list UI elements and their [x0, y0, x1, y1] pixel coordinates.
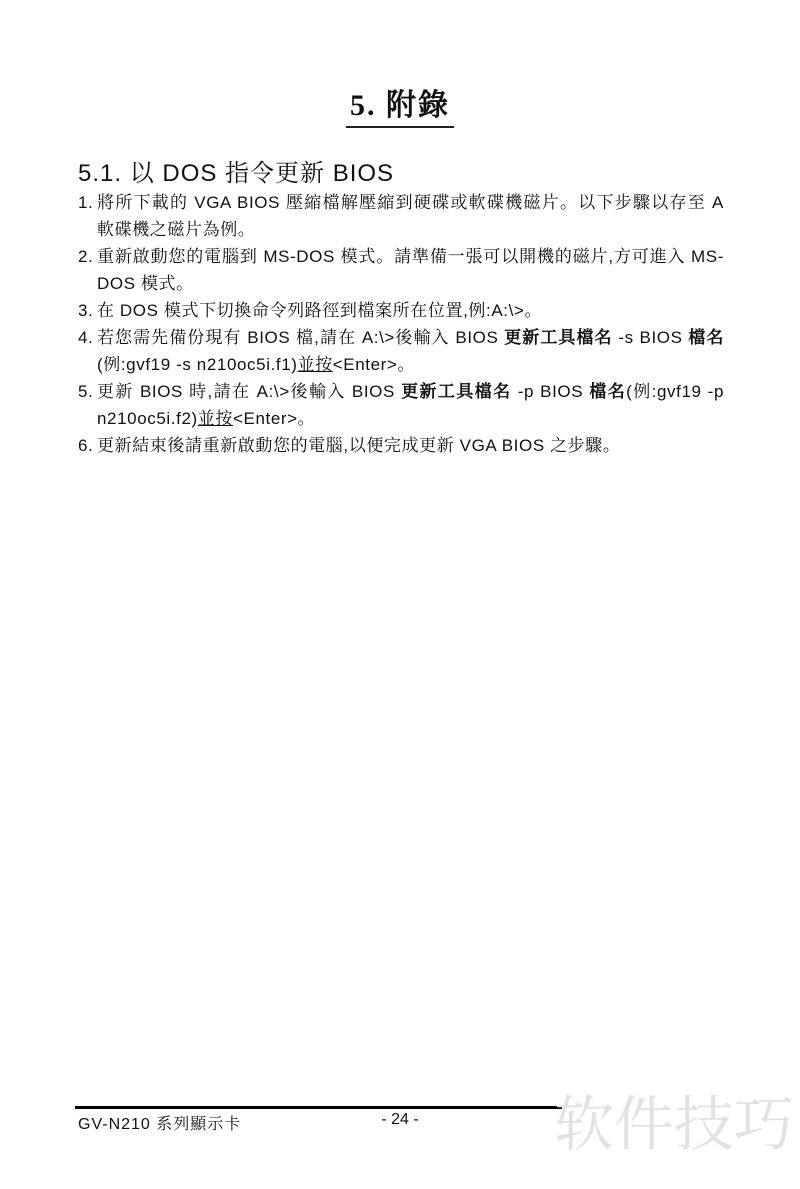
step-text-segment: -p BIOS: [512, 382, 590, 401]
step-text-segment: <Enter>。: [333, 355, 415, 374]
step-text-segment: 更新結束後請重新啟動您的電腦,以便完成更新 VGA BIOS 之步驟。: [97, 436, 620, 455]
step-number: 6.: [78, 432, 93, 459]
step-text-segment: <Enter>。: [233, 409, 315, 428]
instruction-step: 3.在 DOS 模式下切換命令列路徑到檔案所在位置,例:A:\>。: [78, 297, 724, 324]
step-text-segment: 若您需先備份現有 BIOS 檔,請在 A:\>後輸入 BIOS: [97, 328, 504, 347]
step-text-segment: (例:gvf19 -s n210oc5i.f1): [97, 355, 298, 374]
instruction-list: 1.將所下載的 VGA BIOS 壓縮檔解壓縮到硬碟或軟碟機磁片。以下步驟以存至…: [78, 189, 724, 459]
document-page: 5. 附錄 5.1. 以 DOS 指令更新 BIOS 1.將所下載的 VGA B…: [0, 0, 800, 1189]
page-title-text: 5. 附錄: [346, 80, 454, 128]
step-text-segment: 將所下載的 VGA BIOS 壓縮檔解壓縮到硬碟或軟碟機磁片。以下步驟以存至 A…: [97, 193, 724, 239]
step-text-segment: 檔名: [688, 328, 724, 347]
instruction-step: 1.將所下載的 VGA BIOS 壓縮檔解壓縮到硬碟或軟碟機磁片。以下步驟以存至…: [78, 189, 724, 243]
instruction-step: 4.若您需先備份現有 BIOS 檔,請在 A:\>後輸入 BIOS 更新工具檔名…: [78, 324, 724, 378]
step-text-segment: 更新工具檔名: [504, 328, 612, 347]
step-text-segment: 重新啟動您的電腦到 MS-DOS 模式。請準備一張可以開機的磁片,方可進入 MS…: [97, 247, 724, 293]
step-text-segment: -s BIOS: [613, 328, 689, 347]
step-number: 5.: [78, 378, 93, 405]
step-text-segment: 更新工具檔名: [401, 382, 511, 401]
step-text-segment: 在 DOS 模式下切換命令列路徑到檔案所在位置,例:A:\>。: [97, 301, 542, 320]
instruction-step: 2.重新啟動您的電腦到 MS-DOS 模式。請準備一張可以開機的磁片,方可進入 …: [78, 243, 724, 297]
watermark-text: 软件技巧: [554, 1092, 794, 1158]
step-number: 4.: [78, 324, 93, 351]
step-text-segment: 並按: [198, 409, 233, 428]
step-number: 3.: [78, 297, 93, 324]
step-text-segment: 更新 BIOS 時,請在 A:\>後輸入 BIOS: [97, 382, 401, 401]
step-number: 1.: [78, 189, 93, 216]
step-text-segment: 檔名: [589, 382, 626, 401]
step-number: 2.: [78, 243, 93, 270]
section-heading: 5.1. 以 DOS 指令更新 BIOS: [78, 153, 394, 188]
instruction-step: 6.更新結束後請重新啟動您的電腦,以便完成更新 VGA BIOS 之步驟。: [78, 432, 724, 459]
instruction-step: 5.更新 BIOS 時,請在 A:\>後輸入 BIOS 更新工具檔名 -p BI…: [78, 378, 724, 432]
step-text-segment: 並按: [298, 355, 333, 374]
footer-rule: [75, 1106, 562, 1109]
page-title: 5. 附錄: [0, 80, 800, 128]
